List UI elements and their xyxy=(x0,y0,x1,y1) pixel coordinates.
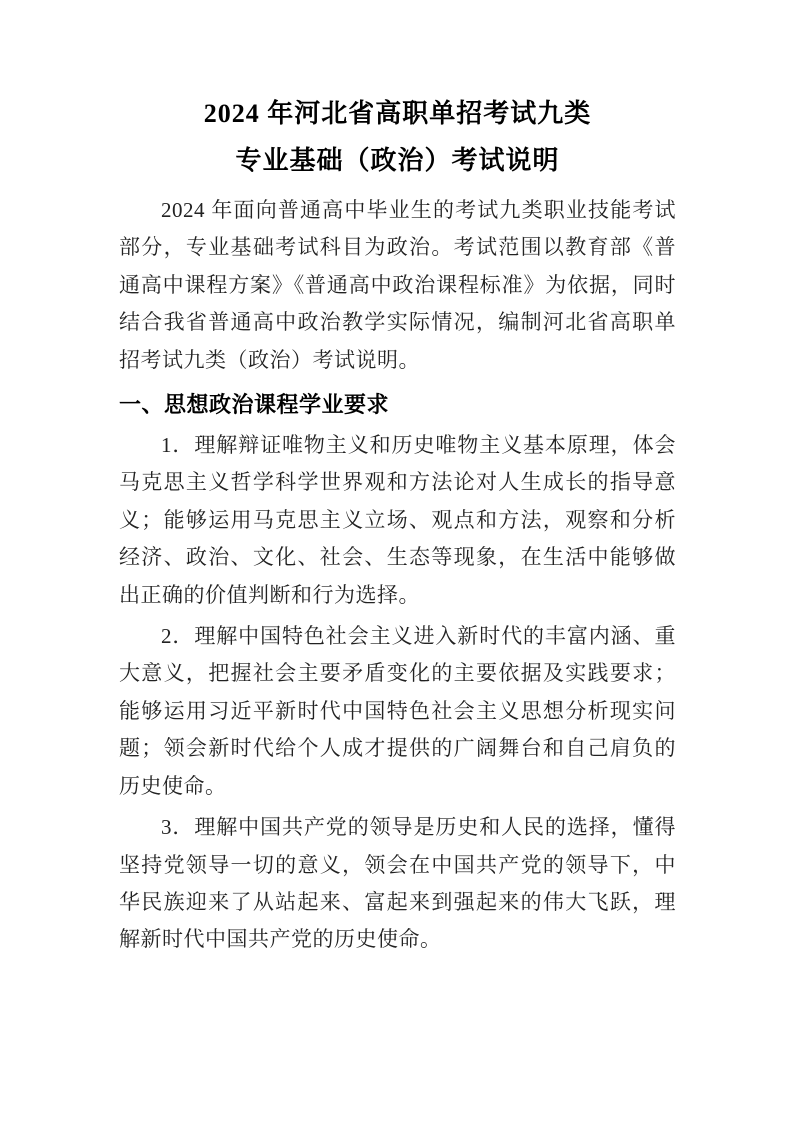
document-title: 2024 年河北省高职单招考试九类 专业基础（政治）考试说明 xyxy=(119,90,676,184)
requirement-item-2: 2．理解中国特色社会主义进入新时代的丰富内涵、重大意义，把握社会主要矛盾变化的主… xyxy=(119,618,676,805)
document-page: 2024 年河北省高职单招考试九类 专业基础（政治）考试说明 2024 年面向普… xyxy=(0,0,794,1123)
document-title-line-1: 2024 年河北省高职单招考试九类 xyxy=(119,90,676,137)
intro-paragraph: 2024 年面向普通高中毕业生的考试九类职业技能考试部分，专业基础考试科目为政治… xyxy=(119,192,676,379)
requirement-item-1: 1．理解辩证唯物主义和历史唯物主义基本原理，体会马克思主义哲学科学世界观和方法论… xyxy=(119,427,676,614)
section-heading-academic-requirements: 一、思想政治课程学业要求 xyxy=(119,388,676,422)
document-title-line-2: 专业基础（政治）考试说明 xyxy=(119,137,676,184)
requirement-item-3: 3．理解中国共产党的领导是历史和人民的选择，懂得坚持党领导一切的意义，领会在中国… xyxy=(119,809,676,959)
